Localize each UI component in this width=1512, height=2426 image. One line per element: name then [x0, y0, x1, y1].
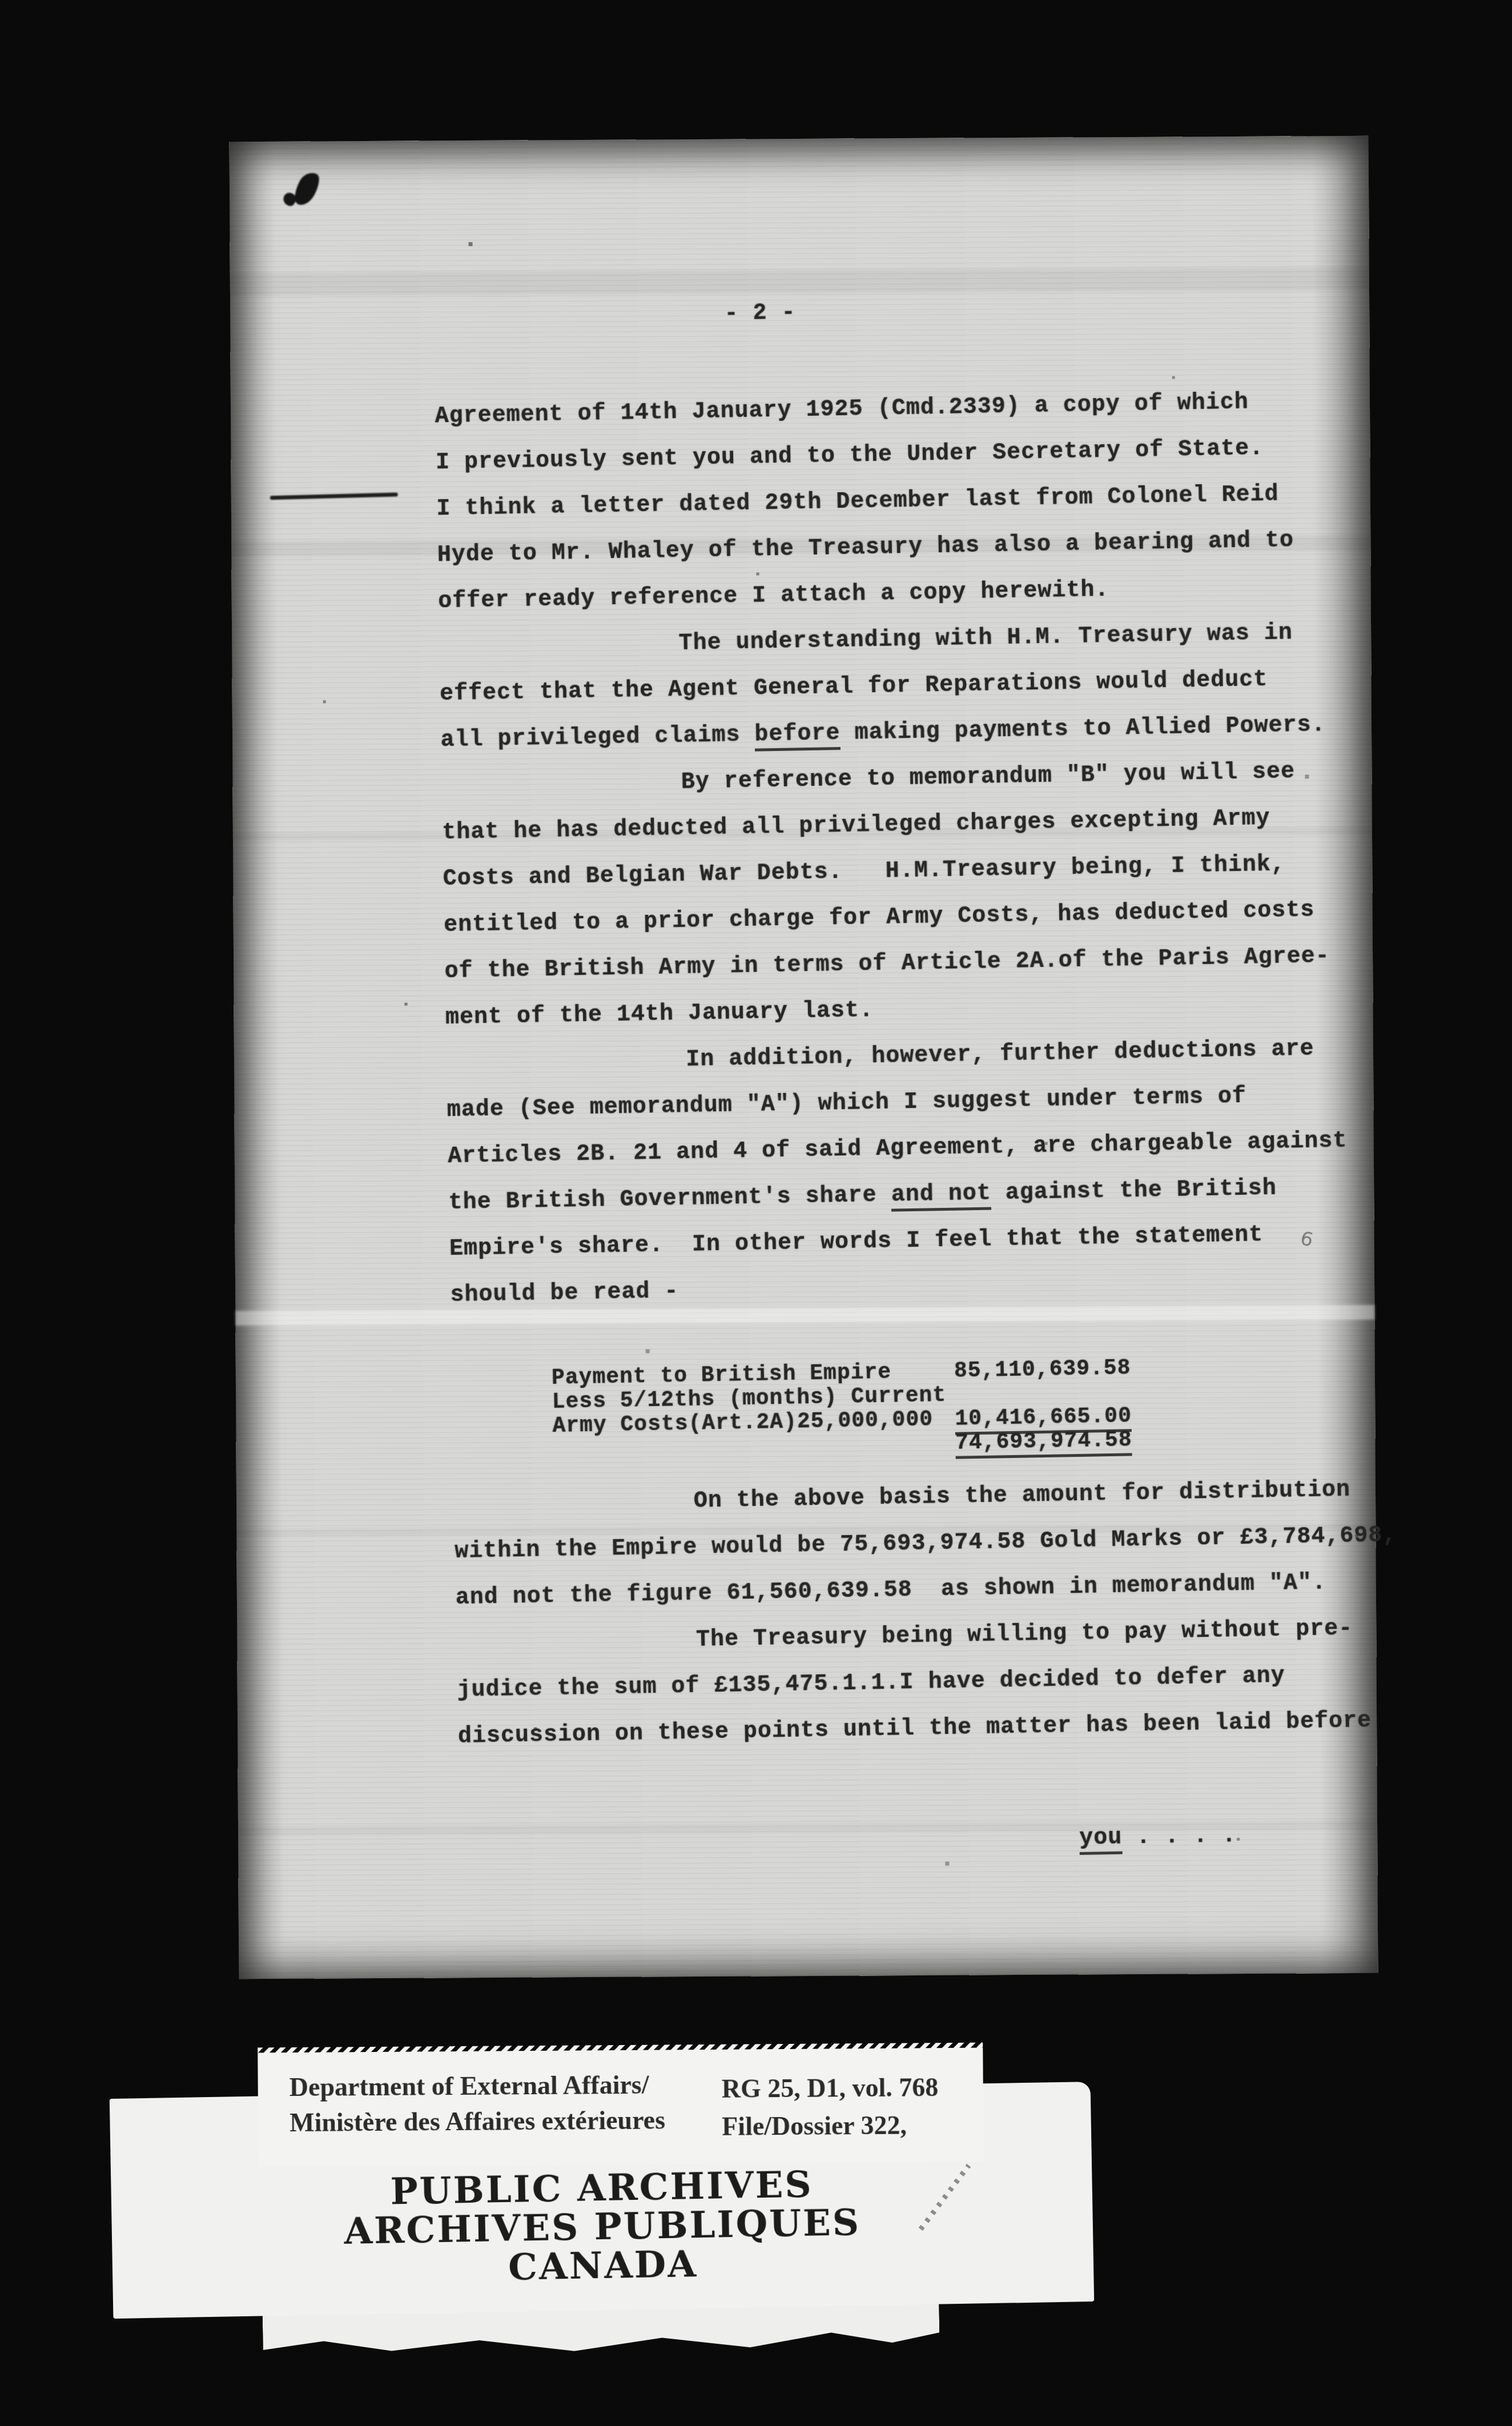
catchword-line: you . . . . — [460, 1810, 1374, 1873]
letter-text: the British Government's share — [448, 1183, 891, 1216]
microfilm-frame: 6 - 2 - Agreement of 14th January 1925 (… — [0, 0, 1512, 2426]
reference-numbers: RG 25, D1, vol. 768 File/Dossier 322, — [722, 2068, 939, 2146]
margin-pen-line — [270, 492, 398, 500]
catchword-dots: . . . . — [1122, 1823, 1237, 1850]
page-number: - 2 - — [433, 280, 1347, 342]
typed-letter-body: - 2 - Agreement of 14th January 1925 (Cm… — [433, 280, 1374, 1873]
statement-total-underlined: 74,693,974.58 — [955, 1428, 1132, 1459]
statement-spacer — [553, 1449, 955, 1456]
payment-statement: Payment to British Empire85,110,639.58 L… — [452, 1352, 1367, 1464]
record-group-reference: RG 25, D1, vol. 768 — [722, 2068, 939, 2108]
archive-reference-stamp: Department of External Affairs/ Ministèr… — [258, 2048, 983, 2167]
catchword: you — [1079, 1825, 1123, 1855]
underlined-word: before — [754, 721, 841, 752]
letter-text: against the British — [991, 1176, 1277, 1207]
ink-blot-mark — [290, 168, 324, 209]
scanned-letter-page: 6 - 2 - Agreement of 14th January 1925 (… — [230, 136, 1378, 1979]
file-dossier-reference: File/Dossier 322, — [722, 2106, 939, 2146]
department-label-en: Department of External Affairs/ — [289, 2067, 665, 2105]
department-label: Department of External Affairs/ Ministèr… — [289, 2067, 666, 2140]
dust-specks — [230, 142, 231, 143]
letter-text: all privileged claims — [440, 722, 755, 754]
underlined-words: and not — [891, 1181, 991, 1212]
letter-text: making payments to Allied Powers. — [840, 712, 1326, 746]
department-label-fr: Ministère des Affaires extérieures — [289, 2102, 665, 2140]
statement-amount: 85,110,639.58 — [954, 1356, 1131, 1383]
